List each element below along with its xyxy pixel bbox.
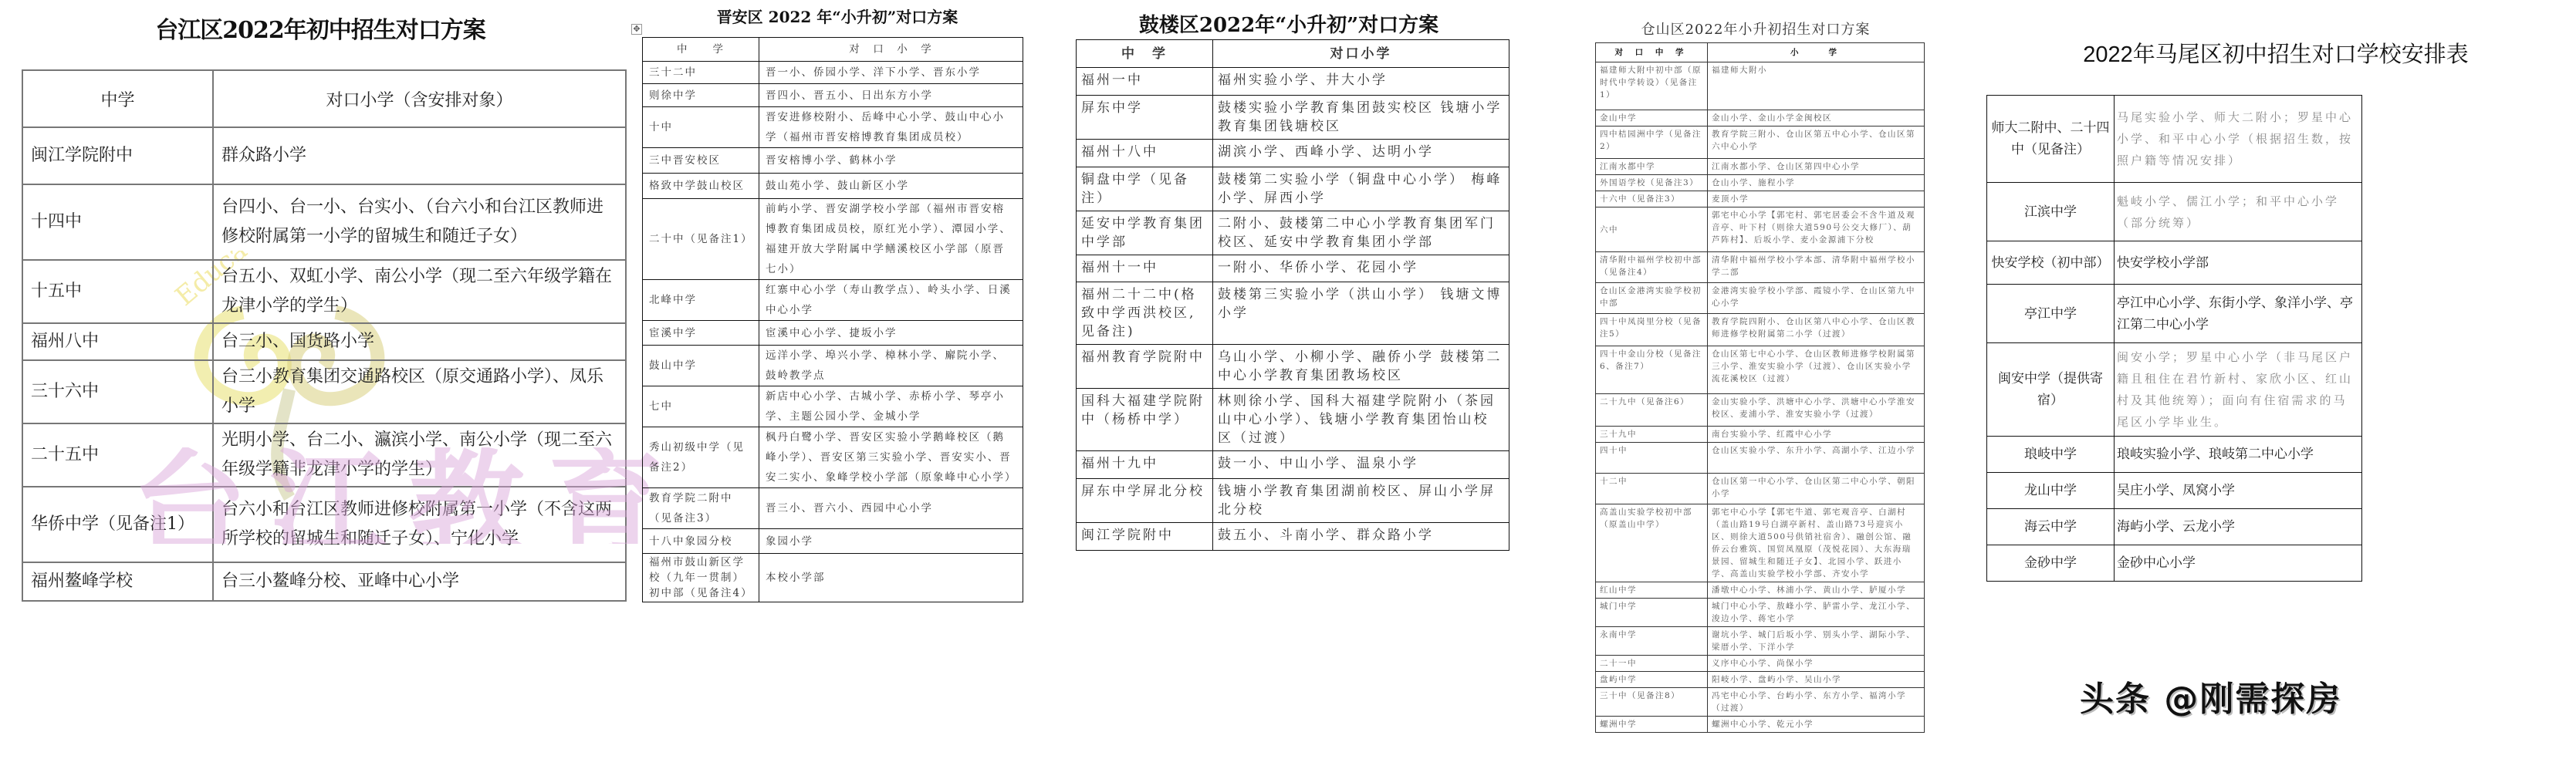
middle-school-cell: 外国语学校（见备注3） [1596, 175, 1708, 191]
table-row: 福州教育学院附中乌山小学、小柳小学、融侨小学 鼓楼第二中心小学教育集团教场校区 [1077, 345, 1509, 389]
middle-school-cell: 四中桔园洲中学（见备注2） [1596, 126, 1708, 159]
primary-school-cell: 城门中心小学、敖峰小学、胪雷小学、龙江小学、浚边小学、蒋宅小学 [1708, 599, 1925, 627]
middle-school-cell: 城门中学 [1596, 599, 1708, 627]
primary-school-cell: 晋三小、晋六小、西园中心小学 [759, 488, 1023, 529]
table-row: 螺洲中学螺洲中心小学、乾元小学 [1596, 717, 1925, 733]
primary-school-cell: 台三小、国货路小学 [213, 323, 626, 360]
primary-school-cell: 清华附中福州学校小学本部、清华附中福州学校小学二部 [1708, 252, 1925, 283]
table-row: 海云中学海屿小学、云龙小学 [1987, 509, 2362, 545]
middle-school-cell: 六中 [1596, 207, 1708, 252]
middle-school-cell: 华侨中学（见备注1） [22, 487, 213, 562]
middle-school-cell: 四十中金山分校（见备注6、备注7） [1596, 346, 1708, 394]
middle-school-cell: 三十二中 [643, 62, 759, 84]
table-row: 四中桔园洲中学（见备注2）教育学院三附小、仓山区第五中心小学、仓山区第六中心小学 [1596, 126, 1925, 159]
table-row: 盘屿中学阳岐小学、盘屿小学、吴山小学 [1596, 672, 1925, 688]
table-row: 教育学院二附中（见备注3）晋三小、晋六小、西园中心小学 [643, 488, 1023, 529]
table-row: 高盖山实验学校初中部（原盖山中学）郭宅中心小学【郭宅牛道、郭宅观音亭、白湖村（盖… [1596, 504, 1925, 582]
page-title: 台江区2022年初中招生对口方案 [0, 11, 641, 45]
table-row: 金砂中学金砂中心小学 [1987, 545, 2362, 582]
primary-school-cell: 金港湾实验学校小学部、霞镜小学、仓山区第九中心小学 [1708, 283, 1925, 314]
table-row: 四十中仓山区实验小学、东升小学、高湖小学、江边小学 [1596, 443, 1925, 474]
table-row: 永南中学谢坑小学、城门后坂小学、别头小学、湖际小学、梁厝小学、下洋小学 [1596, 627, 1925, 656]
primary-school-cell: 马尾实验小学、师大二附小；罗星中心小学、和平中心小学（根据招生数，按照户籍等情况… [2115, 96, 2362, 183]
primary-school-cell: 台五小、双虹小学、南公小学（现二至六年级学籍在龙津小学的学生） [213, 260, 626, 323]
primary-school-cell: 教育学院四附小、仓山区第八中心小学、仓山区教师进修学校附属第二小学（过渡） [1708, 314, 1925, 346]
middle-school-cell: 教育学院二附中（见备注3） [643, 488, 759, 529]
table-row: 七中新店中心小学、古城小学、赤桥小学、琴亭小学、主题公园小学、金城小学 [643, 386, 1023, 427]
middle-school-cell: 铜盘中学（见备注） [1077, 167, 1213, 211]
primary-school-cell: 螺洲中心小学、乾元小学 [1708, 717, 1925, 733]
primary-school-cell: 闽安小学；罗星中心小学（非马尾区户籍且租住在君竹新村、家欣小区、红山村及其他统筹… [2115, 343, 2362, 437]
taijiang-panel: Education 台江区2022年初中招生对口方案 中学 对口小学（含安排对象… [0, 0, 641, 759]
middle-school-cell: 永南中学 [1596, 627, 1708, 656]
middle-school-cell: 龙山中学 [1987, 473, 2115, 509]
author-credit-watermark: 头条 @刚需探房 [2080, 671, 2341, 720]
table-row: 十四中台四小、台一小、台实小、（台六小和台江区教师进修校附属第一小学的留城生和随… [22, 184, 626, 260]
column-header-middle-school: 中学 [22, 70, 213, 127]
table-row: 北峰中学红寨中心小学（寿山教学点）、岭头小学、日溪中心小学 [643, 280, 1023, 321]
middle-school-cell: 四十中凤岗里分校（见备注5） [1596, 314, 1708, 346]
table-row: 福州二十二中(格致中学西洪校区,见备注)鼓楼第三实验小学（洪山小学） 钱塘文博小… [1077, 282, 1509, 345]
middle-school-cell: 福州教育学院附中 [1077, 345, 1213, 389]
primary-school-cell: 钱塘小学教育集团湖前校区、屏山小学屏北分校 [1213, 479, 1509, 523]
table-row: 秀山初级中学（见备注2）枫丹白鹭小学、晋安区实验小学鹅峰校区（鹅峰小学）、晋安区… [643, 427, 1023, 488]
table-row: 华侨中学（见备注1）台六小和台江区教师进修校附属第一小学（不含这两所学校的留城生… [22, 487, 626, 562]
middle-school-cell: 二十九中（见备注6） [1596, 394, 1708, 427]
primary-school-cell: 潘墩中心小学、林浦小学、黄山小学、胪厦小学 [1708, 582, 1925, 599]
middle-school-cell: 闽江学院附中 [1077, 523, 1213, 551]
primary-school-cell: 台三小鳌峰分校、亚峰中心小学 [213, 562, 626, 601]
table-row: 二十九中（见备注6）金山实验小学、洪塘中心小学、洪塘中心小学淮安校区、麦浦小学、… [1596, 394, 1925, 427]
middle-school-cell: 十五中 [22, 260, 213, 323]
primary-school-cell: 红寨中心小学（寿山教学点）、岭头小学、日溪中心小学 [759, 280, 1023, 321]
taijiang-table: 中学 对口小学（含安排对象） 闽江学院附中群众路小学 十四中台四小、台一小、台实… [22, 69, 627, 602]
primary-school-cell: 一附小、华侨小学、花园小学 [1213, 255, 1509, 282]
primary-school-cell: 新店中心小学、古城小学、赤桥小学、琴亭小学、主题公园小学、金城小学 [759, 386, 1023, 427]
middle-school-cell: 宦溪中学 [643, 321, 759, 346]
middle-school-cell: 福建师大附中初中部（原时代中学转设）（见备注1） [1596, 62, 1708, 110]
middle-school-cell: 十二中 [1596, 474, 1708, 504]
table-row: 十中晋安进修校附小、岳峰中心小学、鼓山中心小学（福州市晋安榕博教育集团成员校） [643, 107, 1023, 148]
middle-school-cell: 则徐中学 [643, 84, 759, 107]
primary-school-cell: 本校小学部 [759, 554, 1023, 602]
table-row: 仓山区金港湾实验学校初中部金港湾实验学校小学部、霞镜小学、仓山区第九中心小学 [1596, 283, 1925, 314]
table-row: 快安学校（初中部）快安学校小学部 [1987, 241, 2362, 285]
table-row: 十五中台五小、双虹小学、南公小学（现二至六年级学籍在龙津小学的学生） [22, 260, 626, 323]
middle-school-cell: 琅岐中学 [1987, 437, 2115, 473]
middle-school-cell: 北峰中学 [643, 280, 759, 321]
middle-school-cell: 二十中（见备注1） [643, 199, 759, 280]
primary-school-cell: 台三小教育集团交通路校区（原交通路小学）、凤乐小学 [213, 360, 626, 423]
table-row: 红山中学潘墩中心小学、林浦小学、黄山小学、胪厦小学 [1596, 582, 1925, 599]
middle-school-cell: 福州一中 [1077, 68, 1213, 96]
middle-school-cell: 四十中 [1596, 443, 1708, 474]
table-row: 十八中象园分校象园小学 [643, 529, 1023, 554]
middle-school-cell: 金山中学 [1596, 110, 1708, 126]
primary-school-cell: 台六小和台江区教师进修校附属第一小学（不含这两所学校的留城生和随迁子女）、宁化小… [213, 487, 626, 562]
primary-school-cell: 金山小学、金山小学金闽校区 [1708, 110, 1925, 126]
primary-school-cell: 鼓山苑小学、鼓山新区小学 [759, 174, 1023, 199]
table-row: 龙山中学吴庄小学、凤窝小学 [1987, 473, 2362, 509]
table-row: 三中晋安校区晋安榕博小学、鹤林小学 [643, 148, 1023, 174]
column-header-middle-school: 中 学 [1077, 40, 1213, 68]
table-row: 格致中学鼓山校区鼓山苑小学、鼓山新区小学 [643, 174, 1023, 199]
column-header-middle-school: 对 口 中 学 [1596, 43, 1708, 62]
table-row: 金山中学金山小学、金山小学金闽校区 [1596, 110, 1925, 126]
primary-school-cell: 仓山小学、施程小学 [1708, 175, 1925, 191]
gulou-table: 中 学 对口小学 福州一中福州实验小学、井大小学 屏东中学鼓楼实验小学教育集团鼓… [1076, 39, 1509, 551]
middle-school-cell: 十中 [643, 107, 759, 148]
primary-school-cell: 阳岐小学、盘屿小学、吴山小学 [1708, 672, 1925, 688]
middle-school-cell: 清华附中福州学校初中部（见备注4） [1596, 252, 1708, 283]
primary-school-cell: 金砂中心小学 [2115, 545, 2362, 582]
primary-school-cell: 吴庄小学、凤窝小学 [2115, 473, 2362, 509]
primary-school-cell: 义序中心小学、尚保小学 [1708, 656, 1925, 672]
primary-school-cell: 谢坑小学、城门后坂小学、别头小学、湖际小学、梁厝小学、下洋小学 [1708, 627, 1925, 656]
table-row: 师大二附中、二十四中（见备注）马尾实验小学、师大二附小；罗星中心小学、和平中心小… [1987, 96, 2362, 183]
middle-school-cell: 三十中（见备注8） [1596, 688, 1708, 717]
middle-school-cell: 十六中（见备注3） [1596, 191, 1708, 207]
table-row: 十二中仓山区第一中心小学、仓山区第二中心小学、朝阳小学 [1596, 474, 1925, 504]
middle-school-cell: 福州八中 [22, 323, 213, 360]
middle-school-cell: 福州鳌峰学校 [22, 562, 213, 601]
table-row: 闽江学院附中群众路小学 [22, 127, 626, 184]
cangshan-table: 对 口 中 学 小 学 福建师大附中初中部（原时代中学转设）（见备注1）福建师大… [1595, 42, 1925, 733]
primary-school-cell: 晋一小、侨园小学、洋下小学、晋东小学 [759, 62, 1023, 84]
table-row: 福州十八中湖滨小学、西峰小学、达明小学 [1077, 140, 1509, 167]
table-row: 福州一中福州实验小学、井大小学 [1077, 68, 1509, 96]
primary-school-cell: 前屿小学、晋安湖学校小学部（福州市晋安榕博教育集团成员校，原红光小学）、潭园小学… [759, 199, 1023, 280]
primary-school-cell: 麦顶小学 [1708, 191, 1925, 207]
mawei-table: 师大二附中、二十四中（见备注）马尾实验小学、师大二附小；罗星中心小学、和平中心小… [1986, 95, 2362, 582]
middle-school-cell: 福州十一中 [1077, 255, 1213, 282]
middle-school-cell: 江南水都中学 [1596, 159, 1708, 175]
column-header-primary-school: 小 学 [1708, 43, 1925, 62]
middle-school-cell: 三十九中 [1596, 427, 1708, 443]
page-title: 仓山区2022年小升初招生对口方案 [1590, 19, 1922, 39]
middle-school-cell: 红山中学 [1596, 582, 1708, 599]
middle-school-cell: 二十五中 [22, 423, 213, 487]
primary-school-cell: 林则徐小学、国科大福建学院附小（茶园山中心小学）、钱塘小学教育集团怡山校区（过渡… [1213, 389, 1509, 451]
middle-school-cell: 二十一中 [1596, 656, 1708, 672]
primary-school-cell: 乌山小学、小柳小学、融侨小学 鼓楼第二中心小学教育集团教场校区 [1213, 345, 1509, 389]
column-header-primary-school: 对 口 小 学 [759, 38, 1023, 62]
middle-school-cell: 格致中学鼓山校区 [643, 174, 759, 199]
middle-school-cell: 国科大福建学院附中（杨桥中学） [1077, 389, 1213, 451]
cangshan-panel: 仓山区2022年小升初招生对口方案 对 口 中 学 小 学 福建师大附中初中部（… [1590, 0, 1945, 759]
table-row: 闽江学院附中鼓五小、斗南小学、群众路小学 [1077, 523, 1509, 551]
table-row: 铜盘中学（见备注）鼓楼第二实验小学（铜盘中心小学） 梅峰小学、屏西小学 [1077, 167, 1509, 211]
table-row: 四十中金山分校（见备注6、备注7）仓山区第七中心小学、仓山区教师进修学校附属第三… [1596, 346, 1925, 394]
primary-school-cell: 鼓五小、斗南小学、群众路小学 [1213, 523, 1509, 551]
primary-school-cell: 光明小学、台二小、瀛滨小学、南公小学（现二至六年级学籍非龙津小学的学生） [213, 423, 626, 487]
table-row: 琅岐中学琅岐实验小学、琅岐第二中心小学 [1987, 437, 2362, 473]
middle-school-cell: 师大二附中、二十四中（见备注） [1987, 96, 2115, 183]
middle-school-cell: 盘屿中学 [1596, 672, 1708, 688]
table-row: 城门中学城门中心小学、敖峰小学、胪雷小学、龙江小学、浚边小学、蒋宅小学 [1596, 599, 1925, 627]
primary-school-cell: 远洋小学、埠兴小学、樟林小学、廨院小学、鼓岭教学点 [759, 346, 1023, 386]
primary-school-cell: 海屿小学、云龙小学 [2115, 509, 2362, 545]
table-row: 宦溪中学宦溪中心小学、捷坂小学 [643, 321, 1023, 346]
primary-school-cell: 晋安进修校附小、岳峰中心小学、鼓山中心小学（福州市晋安榕博教育集团成员校） [759, 107, 1023, 148]
primary-school-cell: 晋四小、晋五小、日出东方小学 [759, 84, 1023, 107]
middle-school-cell: 螺洲中学 [1596, 717, 1708, 733]
table-row: 福州八中台三小、国货路小学 [22, 323, 626, 360]
table-row: 福州十九中鼓一小、中山小学、温泉小学 [1077, 451, 1509, 479]
jinan-table: 中 学 对 口 小 学 三十二中晋一小、侨园小学、洋下小学、晋东小学 则徐中学晋… [642, 37, 1023, 602]
primary-school-cell: 鼓楼实验小学教育集团鼓实校区 钱塘小学教育集团钱塘校区 [1213, 96, 1509, 140]
table-row: 二十一中义序中心小学、尚保小学 [1596, 656, 1925, 672]
primary-school-cell: 郭宅中心小学【郭宅牛道、郭宅观音亭、白湖村（盖山路19号白湖亭新村、盖山路73号… [1708, 504, 1925, 582]
primary-school-cell: 鼓楼第二实验小学（铜盘中心小学） 梅峰小学、屏西小学 [1213, 167, 1509, 211]
table-row: 则徐中学晋四小、晋五小、日出东方小学 [643, 84, 1023, 107]
primary-school-cell: 快安学校小学部 [2115, 241, 2362, 285]
table-row: 福州鳌峰学校台三小鳌峰分校、亚峰中心小学 [22, 562, 626, 601]
table-row: 江南水都中学江南水都小学、仓山区第四中心小学 [1596, 159, 1925, 175]
primary-school-cell: 宦溪中心小学、捷坂小学 [759, 321, 1023, 346]
table-move-handle-icon[interactable]: ✥ [631, 24, 642, 35]
primary-school-cell: 魁岐小学、儒江小学；和平中心小学（部分统筹） [2115, 183, 2362, 241]
gulou-panel: 鼓楼区2022年“小升初”对口方案 中 学 对口小学 福州一中福州实验小学、井大… [1065, 0, 1528, 759]
primary-school-cell: 群众路小学 [213, 127, 626, 184]
middle-school-cell: 三十六中 [22, 360, 213, 423]
primary-school-cell: 晋安榕博小学、鹤林小学 [759, 148, 1023, 174]
table-row: 屏东中学屏北分校钱塘小学教育集团湖前校区、屏山小学屏北分校 [1077, 479, 1509, 523]
primary-school-cell: 二附小、鼓楼第二中心小学教育集团军门校区、延安中学教育集团小学部 [1213, 211, 1509, 255]
middle-school-cell: 福州十九中 [1077, 451, 1213, 479]
primary-school-cell: 亭江中心小学、东街小学、象洋小学、亭江第二中心小学 [2115, 285, 2362, 343]
primary-school-cell: 江南水都小学、仓山区第四中心小学 [1708, 159, 1925, 175]
primary-school-cell: 福建师大附小 [1708, 62, 1925, 110]
primary-school-cell: 琅岐实验小学、琅岐第二中心小学 [2115, 437, 2362, 473]
primary-school-cell: 鼓楼第三实验小学（洪山小学） 钱塘文博小学 [1213, 282, 1509, 345]
middle-school-cell: 福州十八中 [1077, 140, 1213, 167]
middle-school-cell: 屏东中学 [1077, 96, 1213, 140]
middle-school-cell: 快安学校（初中部） [1987, 241, 2115, 285]
table-row: 十六中（见备注3）麦顶小学 [1596, 191, 1925, 207]
table-row: 三十九中南台实验小学、红霞中心小学 [1596, 427, 1925, 443]
table-row: 三十中（见备注8）冯宅中心小学、台屿小学、东方小学、福湾小学（过渡） [1596, 688, 1925, 717]
primary-school-cell: 教育学院三附小、仓山区第五中心小学、仓山区第六中心小学 [1708, 126, 1925, 159]
middle-school-cell: 闽安中学（提供寄宿） [1987, 343, 2115, 437]
table-row: 二十中（见备注1）前屿小学、晋安湖学校小学部（福州市晋安榕博教育集团成员校，原红… [643, 199, 1023, 280]
table-row: 二十五中光明小学、台二小、瀛滨小学、南公小学（现二至六年级学籍非龙津小学的学生） [22, 423, 626, 487]
table-row: 鼓山中学远洋小学、埠兴小学、樟林小学、廨院小学、鼓岭教学点 [643, 346, 1023, 386]
table-row: 江滨中学魁岐小学、儒江小学；和平中心小学（部分统筹） [1987, 183, 2362, 241]
middle-school-cell: 十八中象园分校 [643, 529, 759, 554]
page-title: 2022年马尾区初中招生对口学校安排表 [1976, 37, 2576, 69]
middle-school-cell: 七中 [643, 386, 759, 427]
table-row: 延安中学教育集团中学部二附小、鼓楼第二中心小学教育集团军门校区、延安中学教育集团… [1077, 211, 1509, 255]
middle-school-cell: 三中晋安校区 [643, 148, 759, 174]
primary-school-cell: 象园小学 [759, 529, 1023, 554]
page-title: 晋安区 2022 年“小升初”对口方案 [642, 5, 1033, 27]
primary-school-cell: 台四小、台一小、台实小、（台六小和台江区教师进修校附属第一小学的留城生和随迁子女… [213, 184, 626, 260]
primary-school-cell: 仓山区第七中心小学、仓山区教师进修学校附属第三小学、淮安实验小学（过渡）、仓山区… [1708, 346, 1925, 394]
middle-school-cell: 海云中学 [1987, 509, 2115, 545]
middle-school-cell: 福州二十二中(格致中学西洪校区,见备注) [1077, 282, 1213, 345]
mawei-panel: 2022年马尾区初中招生对口学校安排表 师大二附中、二十四中（见备注）马尾实验小… [1976, 0, 2576, 759]
middle-school-cell: 高盖山实验学校初中部（原盖山中学） [1596, 504, 1708, 582]
middle-school-cell: 秀山初级中学（见备注2） [643, 427, 759, 488]
table-row: 清华附中福州学校初中部（见备注4）清华附中福州学校小学本部、清华附中福州学校小学… [1596, 252, 1925, 283]
table-row: 亭江中学亭江中心小学、东街小学、象洋小学、亭江第二中心小学 [1987, 285, 2362, 343]
primary-school-cell: 鼓一小、中山小学、温泉小学 [1213, 451, 1509, 479]
table-row: 福建师大附中初中部（原时代中学转设）（见备注1）福建师大附小 [1596, 62, 1925, 110]
primary-school-cell: 金山实验小学、洪塘中心小学、洪塘中心小学淮安校区、麦浦小学、淮安实验小学（过渡） [1708, 394, 1925, 427]
middle-school-cell: 金砂中学 [1987, 545, 2115, 582]
column-header-middle-school: 中 学 [643, 38, 759, 62]
primary-school-cell: 福州实验小学、井大小学 [1213, 68, 1509, 96]
primary-school-cell: 仓山区第一中心小学、仓山区第二中心小学、朝阳小学 [1708, 474, 1925, 504]
primary-school-cell: 仓山区实验小学、东升小学、高湖小学、江边小学 [1708, 443, 1925, 474]
table-row: 六中郭宅中心小学【郭宅村、郭宅居委会不含牛道及观音亭、叶下村（则徐大道590号公… [1596, 207, 1925, 252]
primary-school-cell: 南台实验小学、红霞中心小学 [1708, 427, 1925, 443]
primary-school-cell: 枫丹白鹭小学、晋安区实验小学鹅峰校区（鹅峰小学）、晋安区第三实验小学、晋安实小、… [759, 427, 1023, 488]
table-row: 屏东中学鼓楼实验小学教育集团鼓实校区 钱塘小学教育集团钱塘校区 [1077, 96, 1509, 140]
middle-school-cell: 江滨中学 [1987, 183, 2115, 241]
table-row: 国科大福建学院附中（杨桥中学）林则徐小学、国科大福建学院附小（茶园山中心小学）、… [1077, 389, 1509, 451]
table-row: 三十二中晋一小、侨园小学、洋下小学、晋东小学 [643, 62, 1023, 84]
table-row: 三十六中台三小教育集团交通路校区（原交通路小学）、凤乐小学 [22, 360, 626, 423]
table-row: 外国语学校（见备注3）仓山小学、施程小学 [1596, 175, 1925, 191]
middle-school-cell: 屏东中学屏北分校 [1077, 479, 1213, 523]
table-row: 闽安中学（提供寄宿）闽安小学；罗星中心小学（非马尾区户籍且租住在君竹新村、家欣小… [1987, 343, 2362, 437]
middle-school-cell: 仓山区金港湾实验学校初中部 [1596, 283, 1708, 314]
table-row: 福州市鼓山新区学校（九年一贯制）初中部（见备注4）本校小学部 [643, 554, 1023, 602]
jinan-panel: ✥ 晋安区 2022 年“小升初”对口方案 中 学 对 口 小 学 三十二中晋一… [631, 0, 1033, 759]
middle-school-cell: 福州市鼓山新区学校（九年一贯制）初中部（见备注4） [643, 554, 759, 602]
middle-school-cell: 十四中 [22, 184, 213, 260]
table-row: 福州十一中一附小、华侨小学、花园小学 [1077, 255, 1509, 282]
middle-school-cell: 延安中学教育集团中学部 [1077, 211, 1213, 255]
middle-school-cell: 亭江中学 [1987, 285, 2115, 343]
column-header-primary-school: 对口小学 [1213, 40, 1509, 68]
middle-school-cell: 鼓山中学 [643, 346, 759, 386]
primary-school-cell: 郭宅中心小学【郭宅村、郭宅居委会不含牛道及观音亭、叶下村（则徐大道590号公交大… [1708, 207, 1925, 252]
primary-school-cell: 冯宅中心小学、台屿小学、东方小学、福湾小学（过渡） [1708, 688, 1925, 717]
primary-school-cell: 湖滨小学、西峰小学、达明小学 [1213, 140, 1509, 167]
page-title: 鼓楼区2022年“小升初”对口方案 [1065, 9, 1513, 38]
column-header-primary-school: 对口小学（含安排对象） [213, 70, 626, 127]
middle-school-cell: 闽江学院附中 [22, 127, 213, 184]
table-row: 四十中凤岗里分校（见备注5）教育学院四附小、仓山区第八中心小学、仓山区教师进修学… [1596, 314, 1925, 346]
